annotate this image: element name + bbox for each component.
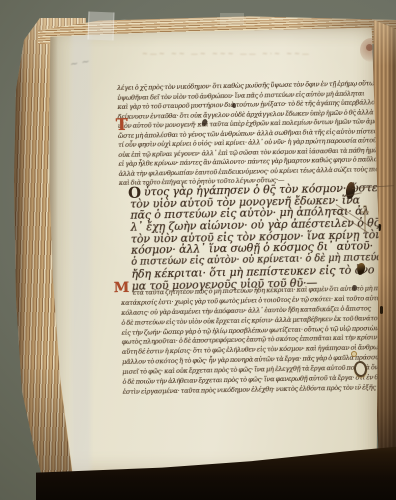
doodle-bar bbox=[361, 211, 369, 213]
ink-blot bbox=[352, 285, 357, 291]
enlarged-initial-omicron: Ο bbox=[128, 184, 141, 202]
repair-tape bbox=[88, 12, 115, 41]
catena-gloss-bottom: ετὰ ταῦτα ζητητέον πῶς ὁ μὴ πιστεύων ἤδη… bbox=[121, 285, 365, 398]
gold-dot-mark bbox=[351, 351, 357, 357]
manuscript-page: ~—~ ~~ —~ ~~~ —— ~·~ ~~— ~ ~ λέγει ὁ χς̄… bbox=[46, 24, 380, 480]
faded-header-traces: ~—~ ~~ —~ ~~~ —— ~·~ ~~— bbox=[142, 50, 322, 62]
catena-gloss-top: λέγει ὁ χς̄ πρὸς τὸν νικόδημον· ὅτι καθὼ… bbox=[117, 80, 359, 189]
top-right-stain-core bbox=[366, 44, 373, 51]
text-block: λέγει ὁ χς̄ πρὸς τὸν νικόδημον· ὅτι καθὼ… bbox=[117, 80, 368, 429]
manuscript-photo: ~—~ ~~ —~ ~~~ —— ~·~ ~~— ~ ~ λέγει ὁ χς̄… bbox=[0, 0, 396, 500]
fore-edge-mark bbox=[380, 306, 383, 314]
repair-tape bbox=[220, 13, 244, 25]
gospel-lemma-block: ὗτος γὰρ ἠγάπησεν ὁ θς̄ τὸν κόσμον· ὥστε… bbox=[130, 183, 360, 292]
rubricated-initial-tau: Τ bbox=[116, 115, 128, 134]
rubricated-initial-mu: Μ bbox=[114, 280, 130, 296]
ink-blot bbox=[232, 103, 236, 108]
repair-guard-strip bbox=[68, 24, 94, 480]
doodle-knob bbox=[363, 205, 367, 209]
